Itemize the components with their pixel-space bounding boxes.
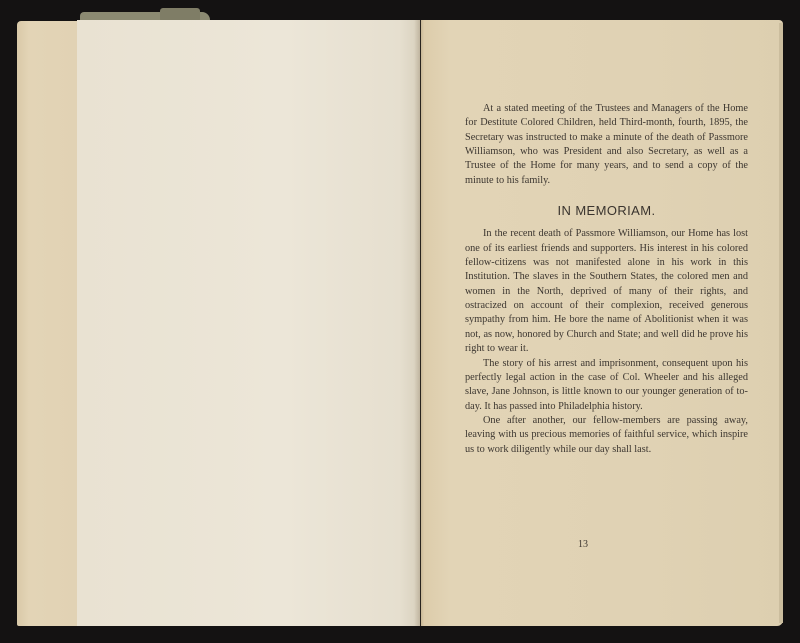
memoriam-heading: IN MEMORIAM. bbox=[465, 204, 748, 218]
body-paragraph: In the recent death of Passmore Williams… bbox=[465, 227, 748, 356]
book-gutter bbox=[414, 20, 424, 626]
left-page-edge-strip bbox=[17, 21, 77, 626]
left-page-blank bbox=[77, 20, 420, 626]
right-page-text: At a stated meeting of the Trustees and … bbox=[465, 102, 748, 457]
intro-paragraph: At a stated meeting of the Trustees and … bbox=[465, 102, 748, 188]
page-number: 13 bbox=[578, 539, 588, 550]
right-page-edge bbox=[779, 23, 783, 623]
body-paragraph: One after another, our fellow-members ar… bbox=[465, 414, 748, 457]
body-paragraph: The story of his arrest and imprisonment… bbox=[465, 357, 748, 414]
